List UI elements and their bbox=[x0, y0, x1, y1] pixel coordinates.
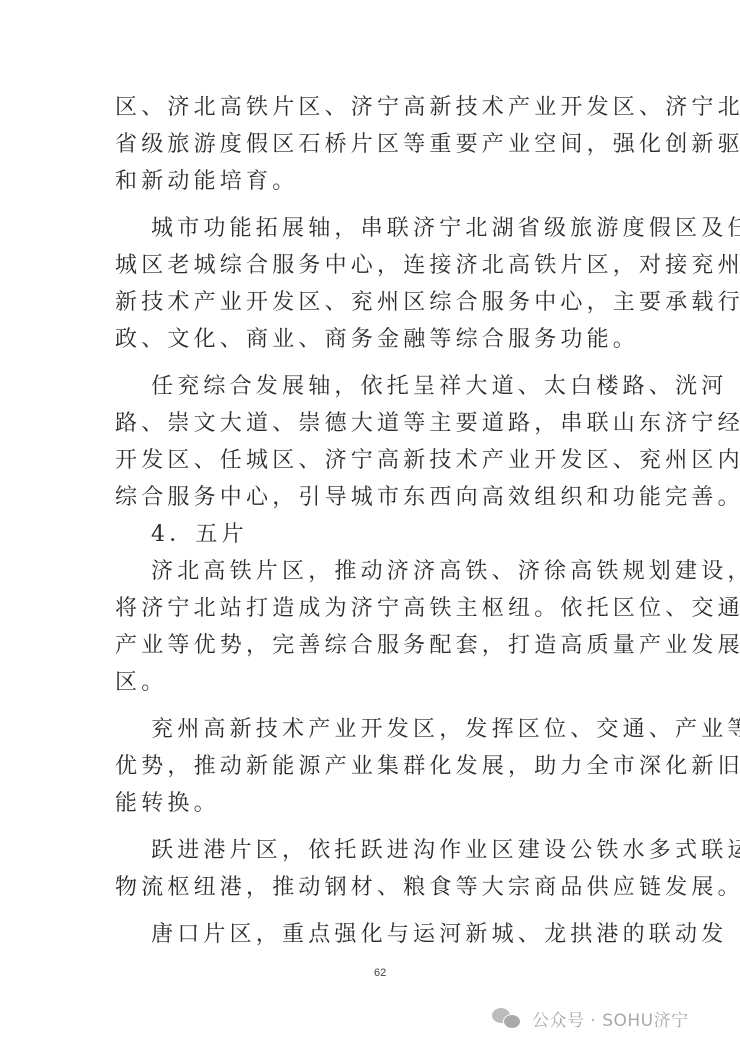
text-line: 城市功能拓展轴，串联济宁北湖省级旅游度假区及任 bbox=[151, 211, 740, 247]
text-line: 任兖综合发展轴，依托呈祥大道、太白楼路、洸河 bbox=[151, 369, 727, 405]
text-line: 产业等优势，完善综合服务配套，打造高质量产业发展新 bbox=[115, 628, 740, 664]
text-line: 区。 bbox=[115, 665, 167, 701]
text-line: 城区老城综合服务中心，连接济北高铁片区，对接兖州高 bbox=[115, 248, 740, 284]
wechat-icon bbox=[492, 1006, 524, 1030]
section-heading: 4．五片 bbox=[151, 517, 248, 553]
text-line: 优势，推动新能源产业集群化发展，助力全市深化新旧动 bbox=[115, 749, 740, 785]
watermark: 公众号 · SOHU济宁 bbox=[492, 1005, 689, 1031]
watermark-text: 公众号 · SOHU济宁 bbox=[532, 1006, 689, 1031]
text-line: 路、崇文大道、崇德大道等主要道路，串联山东济宁经济 bbox=[115, 406, 740, 442]
text-line: 开发区、任城区、济宁高新技术产业开发区、兖州区内的 bbox=[115, 443, 740, 479]
text-line: 和新动能培育。 bbox=[115, 164, 298, 200]
text-line: 将济宁北站打造成为济宁高铁主枢纽。依托区位、交通、 bbox=[115, 591, 740, 627]
text-line: 物流枢纽港，推动钢材、粮食等大宗商品供应链发展。 bbox=[115, 870, 740, 906]
text-line: 新技术产业开发区、兖州区综合服务中心，主要承载行 bbox=[115, 285, 740, 321]
text-line: 济北高铁片区，推动济济高铁、济徐高铁规划建设， bbox=[151, 554, 740, 590]
page-number: 62 bbox=[374, 967, 386, 979]
text-line: 能转换。 bbox=[115, 786, 220, 822]
text-line: 唐口片区，重点强化与运河新城、龙拱港的联动发 bbox=[151, 917, 727, 953]
text-line: 兖州高新技术产业开发区，发挥区位、交通、产业等 bbox=[151, 712, 740, 748]
text-line: 综合服务中心，引导城市东西向高效组织和功能完善。 bbox=[115, 480, 740, 516]
text-line: 区、济北高铁片区、济宁高新技术产业开发区、济宁北湖 bbox=[115, 90, 740, 126]
text-line: 跃进港片区，依托跃进沟作业区建设公铁水多式联运 bbox=[151, 833, 740, 869]
text-line: 省级旅游度假区石桥片区等重要产业空间，强化创新驱动 bbox=[115, 127, 740, 163]
text-line: 政、文化、商业、商务金融等综合服务功能。 bbox=[115, 322, 639, 358]
